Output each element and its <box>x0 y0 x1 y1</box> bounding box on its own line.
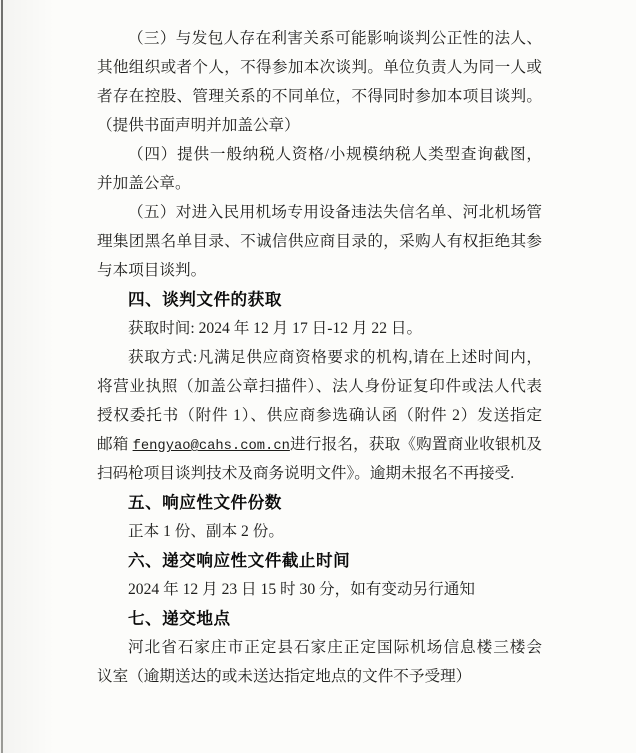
clause-3-line: （三）与发包人存在利害关系可能影响谈判公正性的法人、 <box>97 24 542 53</box>
scan-edge-line <box>1 0 3 753</box>
deadline-line: 2024 年 12 月 23 日 15 时 30 分，如有变动另行通知 <box>97 575 542 604</box>
clause-5-line: 理集团黑名单目录、不诚信供应商目录的，采购人有权拒绝其参 <box>97 227 542 256</box>
address-line: 议室（逾期送达的或未送达指定地点的文件不予受理） <box>97 662 542 691</box>
obtain-method-line: 获取方式:凡满足供应商资格要求的机构,请在上述时间内， <box>97 343 542 372</box>
clause-3-line: 其他组织或者个人，不得参加本次谈判。单位负责人为同一人或 <box>97 53 542 82</box>
clause-4-line: （四）提供一般纳税人资格/小规模纳税人类型查询截图， <box>97 140 542 169</box>
clause-5-line: （五）对进入民用机场专用设备违法失信名单、河北机场管 <box>97 198 542 227</box>
heading-section-five: 五、响应性文件份数 <box>97 488 542 517</box>
obtain-method-email-line: 邮箱 fengyao@cahs.com.cn进行报名，获取《购置商业收银机及 <box>97 430 542 459</box>
obtain-method-line: 扫码枪项目谈判技术及商务说明文件》。逾期未报名不再接受. <box>97 459 542 488</box>
email-address: fengyao@cahs.com.cn <box>133 439 290 454</box>
obtain-method-line: 授权委托书（附件 1）、供应商参选确认函（附件 2）发送指定 <box>97 401 542 430</box>
address-line: 河北省石家庄市正定县石家庄正定国际机场信息楼三楼会 <box>97 633 542 662</box>
heading-section-four: 四、谈判文件的获取 <box>97 285 542 314</box>
clause-3-line: 者存在控股、管理关系的不同单位，不得同时参加本项目谈判。 <box>97 82 542 111</box>
clause-5-line: 与本项目谈判。 <box>97 256 542 285</box>
email-suffix: 进行报名，获取《购置商业收银机及 <box>290 436 542 453</box>
obtain-method-line: 将营业执照（加盖公章扫描件）、法人身份证复印件或法人代表 <box>97 372 542 401</box>
heading-section-seven: 七、递交地点 <box>97 604 542 633</box>
clause-4-line: 并加盖公章。 <box>97 169 542 198</box>
clause-3-line: （提供书面声明并加盖公章） <box>97 111 542 140</box>
copies-line: 正本 1 份、副本 2 份。 <box>97 517 542 546</box>
document-page: （三）与发包人存在利害关系可能影响谈判公正性的法人、 其他组织或者个人，不得参加… <box>0 0 636 753</box>
heading-section-six: 六、递交响应性文件截止时间 <box>97 546 542 575</box>
obtain-time-line: 获取时间: 2024 年 12 月 17 日-12 月 22 日。 <box>97 314 542 343</box>
page-content: （三）与发包人存在利害关系可能影响谈判公正性的法人、 其他组织或者个人，不得参加… <box>97 24 542 691</box>
email-prefix: 邮箱 <box>97 436 133 453</box>
